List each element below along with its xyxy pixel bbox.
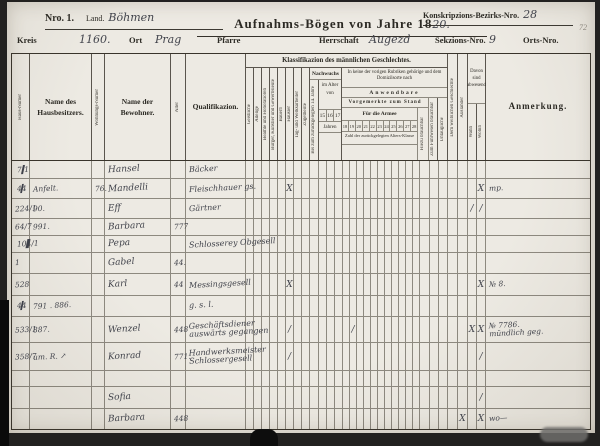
cell-under-14	[310, 409, 319, 429]
tally-mark: /	[286, 325, 293, 335]
cell-transport	[430, 387, 439, 408]
cell-under-14	[310, 253, 319, 273]
handwritten-entry: Gabel	[108, 257, 135, 268]
handwritten-entry: Konrad	[108, 350, 142, 362]
cell-army-24	[385, 387, 392, 408]
cell-army-28	[413, 371, 420, 386]
table-row: 528Karl44MessingsgesellXX№ 8.	[12, 274, 590, 296]
cell-class-burghers	[270, 253, 278, 273]
cell-army-27	[406, 161, 413, 178]
cell-female	[448, 317, 458, 342]
cell-class-officials	[262, 387, 270, 408]
col-header-age: Alter	[171, 54, 186, 160]
cell-army-20	[357, 253, 364, 273]
cell-army-22	[371, 219, 378, 235]
cell-age	[171, 161, 186, 178]
cell-foreigners	[458, 199, 468, 218]
offspring-title: Nachwuchs	[310, 68, 341, 80]
cell-under-14	[310, 236, 319, 252]
cell-class-cottagers	[286, 387, 294, 408]
cell-army-28	[413, 317, 420, 342]
cell-army-20	[357, 409, 364, 429]
classification-title: Klassifikazion des männlichen Geschlecht…	[246, 54, 447, 68]
cell-class-cottagers	[286, 409, 294, 429]
cell-army-18	[343, 236, 350, 252]
age-16: 16	[327, 110, 335, 121]
cell-army-19	[350, 161, 357, 178]
cell-army-20	[357, 161, 364, 178]
handwritten-entry: 44.	[174, 258, 186, 268]
cell-dwelling-number	[92, 253, 105, 273]
cell-class-burghers	[270, 179, 278, 198]
cell-class-burghers	[270, 371, 278, 386]
cell-under-14	[310, 199, 319, 218]
cell-age-17	[335, 179, 343, 198]
table-row: 533/1887.Wenzel448Geschäftsdienerauswärt…	[12, 317, 590, 343]
cell-remark	[486, 296, 590, 316]
cell-female	[448, 371, 458, 386]
cell-class-nobles	[254, 274, 262, 295]
earmarked-label: Vorgemerkte zum Stand	[342, 98, 428, 108]
orts-label: Orts-Nro.	[523, 35, 559, 45]
cell-army-26	[399, 387, 406, 408]
cell-class-assigned	[302, 236, 310, 252]
cell-age-16	[327, 317, 335, 342]
col-header-absent-where: Wohin	[477, 104, 485, 160]
cell-transport	[430, 179, 439, 198]
cell-army-24	[385, 409, 392, 429]
cell-dwelling-number	[92, 387, 105, 408]
cell-army-23	[378, 236, 385, 252]
cell-under-14	[310, 296, 319, 316]
cell-age-17	[335, 219, 343, 235]
eligibility-description: In keine der vorigen Rubriken gehörige u…	[342, 68, 447, 88]
cell-absent-when	[468, 253, 477, 273]
cell-unfit	[439, 409, 448, 429]
cell-army-25	[392, 199, 399, 218]
cell-foreigners	[458, 274, 468, 295]
cell-qualification: HandwerksmeisterSchlossergesell	[186, 343, 246, 370]
cell-army-20	[357, 296, 364, 316]
cell-army-18	[343, 253, 350, 273]
cell-age-17	[335, 387, 343, 408]
tally-mark: /	[477, 352, 485, 362]
army-age-24: 24	[384, 121, 391, 131]
cell-army-28	[413, 253, 420, 273]
cell-age-15	[319, 161, 327, 178]
tally-mark: X	[468, 325, 476, 335]
cell-absent-when	[468, 387, 477, 408]
cell-dwelling-number	[92, 236, 105, 252]
cell-army-23	[378, 387, 385, 408]
cell-class-nobles	[254, 371, 262, 386]
cell-class-assigned	[302, 296, 310, 316]
cell-army-22	[371, 317, 378, 342]
cell-unfit	[439, 343, 448, 370]
kreis-value-handwritten: 1160.	[79, 33, 111, 46]
cell-dwelling-number	[92, 371, 105, 386]
cell-dwelling-number	[92, 219, 105, 235]
age-17: 17	[334, 110, 341, 121]
cell-age-17	[335, 296, 343, 316]
classification-group: Klassifikazion des männlichen Geschlecht…	[246, 54, 448, 160]
absent-group: Davon sind abwesend Wann Wohin	[468, 54, 486, 160]
cell-class-burghers	[270, 343, 278, 370]
cell-unfit	[439, 219, 448, 235]
cell-army-24	[385, 371, 392, 386]
cell-owner-name	[30, 253, 92, 273]
cell-class-officials	[262, 296, 270, 316]
cell-army-24	[385, 161, 392, 178]
cell-qualification	[186, 409, 246, 429]
cell-army-18	[343, 199, 350, 218]
cell-army-23	[378, 199, 385, 218]
tally-mark: /	[286, 352, 293, 362]
cell-under-14	[310, 343, 319, 370]
cell-army-24	[385, 199, 392, 218]
cell-age-15	[319, 296, 327, 316]
cell-house-number: 44	[12, 179, 30, 198]
cell-class-laborers	[294, 219, 302, 235]
cell-class-cottagers	[286, 253, 294, 273]
cell-age-17	[335, 371, 343, 386]
cell-transport	[430, 296, 439, 316]
cell-class-burghers	[270, 317, 278, 342]
cell-class-nobles	[254, 161, 262, 178]
cell-age-16	[327, 236, 335, 252]
cell-female	[448, 161, 458, 178]
handwritten-entry: № 7786.mündlich geg.	[489, 319, 544, 338]
cell-age-17	[335, 236, 343, 252]
cell-under-14	[310, 179, 319, 198]
handwritten-entry: Gärtner	[189, 203, 221, 213]
cell-class-burghers	[270, 387, 278, 408]
cell-army-25	[392, 236, 399, 252]
cell-class-cottagers: /	[286, 343, 294, 370]
cell-class-laborers	[294, 274, 302, 295]
cell-class-cottagers	[286, 296, 294, 316]
cell-resident-name: Wenzel	[105, 317, 171, 342]
cell-resident-name: Barbara	[105, 219, 171, 235]
ort-value-handwritten: Prag	[155, 33, 181, 46]
cell-dwelling-number: 76.	[92, 179, 105, 198]
tally-mark: X	[477, 184, 485, 194]
cell-army-22	[371, 343, 378, 370]
cell-army-22	[371, 371, 378, 386]
cell-age-15	[319, 253, 327, 273]
cell-usable	[420, 179, 430, 198]
cell-class-peasants	[278, 219, 286, 235]
handwritten-entry: 791 . 886.	[33, 300, 72, 311]
cell-transport	[430, 161, 439, 178]
cell-absent-when	[468, 409, 477, 429]
cell-house-number: 358/7	[12, 343, 30, 370]
cell-foreigners	[458, 296, 468, 316]
cell-absent-when: /	[468, 199, 477, 218]
cell-class-clergy	[246, 161, 254, 178]
cell-age-17	[335, 343, 343, 370]
cell-female	[448, 253, 458, 273]
cell-army-21	[364, 387, 371, 408]
cell-absent-when	[468, 274, 477, 295]
cell-army-26	[399, 236, 406, 252]
cell-under-14	[310, 371, 319, 386]
cell-army-20	[357, 343, 364, 370]
cell-house-number	[12, 387, 30, 408]
cell-army-27	[406, 219, 413, 235]
sektion-label: Sekzions-Nro.	[435, 35, 486, 45]
cell-transport	[430, 409, 439, 429]
cell-army-28	[413, 409, 420, 429]
col-header-class-cottagers: Häusler	[286, 68, 294, 160]
cell-army-18	[343, 274, 350, 295]
cell-class-burghers	[270, 296, 278, 316]
cell-army-24	[385, 317, 392, 342]
cell-class-burghers	[270, 274, 278, 295]
handwritten-entry: Mandelli	[108, 182, 149, 194]
cell-class-peasants	[278, 236, 286, 252]
cell-army-26	[399, 296, 406, 316]
table-row: Sofia/	[12, 387, 590, 409]
army-age-25: 25	[390, 121, 397, 131]
cell-army-23	[378, 179, 385, 198]
cell-qualification: Bäcker	[186, 161, 246, 178]
cell-army-26	[399, 343, 406, 370]
col-header-qualification: Qualifikazion.	[186, 54, 246, 160]
cell-unfit	[439, 179, 448, 198]
cell-army-27	[406, 343, 413, 370]
tally-mark: /	[477, 204, 485, 214]
cell-remark	[486, 343, 590, 370]
cell-army-26	[399, 179, 406, 198]
cell-army-27	[406, 371, 413, 386]
tally-mark: X	[477, 325, 485, 335]
cell-absent-when	[468, 296, 477, 316]
cell-qualification: Schlosserey Obgesell	[186, 236, 246, 252]
table-row: 44791 . 886.g. s. l.	[12, 296, 590, 317]
cell-army-24	[385, 236, 392, 252]
army-age-23: 23	[377, 121, 384, 131]
cell-transport	[430, 371, 439, 386]
cell-class-officials	[262, 179, 270, 198]
cell-class-assigned	[302, 179, 310, 198]
cell-absent-when	[468, 161, 477, 178]
cell-remark	[486, 371, 590, 386]
cell-army-26	[399, 219, 406, 235]
col-header-class-nobles: Adelige	[254, 68, 262, 160]
cell-class-officials	[262, 219, 270, 235]
cell-absent-where: /	[477, 343, 486, 370]
cell-dwelling-number	[92, 343, 105, 370]
form-title: Aufnahms-Bögen von Jahre 1820.	[197, 15, 487, 37]
col-header-class-peasants: Bauern	[278, 68, 286, 160]
col-header-class-laborers: Tag- und Werksarbeiter	[294, 68, 302, 160]
cell-foreigners	[458, 387, 468, 408]
cell-female	[448, 296, 458, 316]
cell-absent-where	[477, 371, 486, 386]
cell-army-24	[385, 253, 392, 273]
handwritten-entry: Hansel	[108, 163, 140, 175]
cell-army-26	[399, 409, 406, 429]
cell-absent-where: X	[477, 317, 486, 342]
cell-class-burghers	[270, 219, 278, 235]
cell-remark	[486, 387, 590, 408]
house-number-handwritten: 7/1	[15, 164, 32, 174]
cell-army-18	[343, 317, 350, 342]
cell-age-17	[335, 161, 343, 178]
cell-class-cottagers: /	[286, 317, 294, 342]
cell-army-23	[378, 274, 385, 295]
handwritten-entry: 991.	[33, 222, 50, 232]
cell-qualification	[186, 371, 246, 386]
cell-army-19	[350, 199, 357, 218]
cell-army-24	[385, 343, 392, 370]
cell-class-officials	[262, 253, 270, 273]
cell-age-16	[327, 409, 335, 429]
col-header-class-officials: Beamte und Honoratioren	[262, 68, 270, 160]
col-header-class-assigned: Zugetheilte	[302, 68, 310, 160]
col-header-under-14: Bis zum zurückgelegten 14. Jahre	[310, 80, 319, 160]
cell-absent-when	[468, 371, 477, 386]
cell-age-16	[327, 371, 335, 386]
handwritten-entry: 76.	[95, 183, 107, 193]
cell-class-peasants	[278, 199, 286, 218]
cell-army-20	[357, 274, 364, 295]
age-15: 15	[319, 110, 327, 121]
cell-army-27	[406, 253, 413, 273]
cell-transport	[430, 199, 439, 218]
army-age-26: 26	[397, 121, 404, 131]
cell-female	[448, 343, 458, 370]
cell-unfit	[439, 317, 448, 342]
cell-class-laborers	[294, 343, 302, 370]
cell-army-22	[371, 199, 378, 218]
cell-army-27	[406, 387, 413, 408]
cell-age	[171, 236, 186, 252]
cell-absent-when: X	[468, 317, 477, 342]
cell-class-peasants	[278, 371, 286, 386]
cell-usable	[420, 253, 430, 273]
cell-female	[448, 387, 458, 408]
cell-usable	[420, 317, 430, 342]
cell-age	[171, 387, 186, 408]
cell-absent-when	[468, 179, 477, 198]
cell-class-cottagers	[286, 219, 294, 235]
cell-class-assigned	[302, 219, 310, 235]
form-title-year-handwritten: 20.	[432, 18, 450, 31]
cell-army-28	[413, 199, 420, 218]
cell-army-21	[364, 409, 371, 429]
cell-absent-when	[468, 219, 477, 235]
cell-class-officials	[262, 199, 270, 218]
cell-army-18	[343, 161, 350, 178]
cell-army-22	[371, 161, 378, 178]
cell-class-nobles	[254, 219, 262, 235]
cell-army-24	[385, 219, 392, 235]
cell-army-21	[364, 219, 371, 235]
cell-class-laborers	[294, 236, 302, 252]
cell-army-23	[378, 317, 385, 342]
cell-owner-name	[30, 409, 92, 429]
cell-age-17	[335, 409, 343, 429]
cell-class-cottagers: X	[286, 274, 294, 295]
cell-usable	[420, 296, 430, 316]
cell-class-clergy	[246, 387, 254, 408]
cell-owner-name: um. R. ↗	[30, 343, 92, 370]
army-age-22: 22	[370, 121, 377, 131]
cell-absent-where: X	[477, 409, 486, 429]
cell-army-21	[364, 317, 371, 342]
house-number-handwritten: 528	[15, 279, 30, 289]
herrschaft-value-handwritten: Augezd	[369, 33, 410, 46]
cell-army-21	[364, 179, 371, 198]
cell-army-18	[343, 409, 350, 429]
col-header-foreigners: Ausländer	[458, 54, 468, 160]
cell-army-21	[364, 236, 371, 252]
cell-absent-where: X	[477, 274, 486, 295]
cell-army-25	[392, 343, 399, 370]
army-age-21: 21	[363, 121, 370, 131]
cell-class-officials	[262, 371, 270, 386]
cell-army-24	[385, 274, 392, 295]
conscription-table: Haus-Numer Name des Hausbesitzers. Wohnu…	[11, 53, 591, 430]
cell-army-20	[357, 179, 364, 198]
land-label: Land.	[86, 14, 104, 23]
cell-class-laborers	[294, 199, 302, 218]
form-title-text: Aufnahms-Bögen von Jahre 18	[234, 16, 432, 31]
cell-transport	[430, 236, 439, 252]
district-value-handwritten: 28	[523, 8, 537, 21]
cell-house-number: 7/1	[12, 161, 30, 178]
cell-age-16	[327, 179, 335, 198]
house-number-handwritten: 64/7	[15, 222, 32, 232]
cell-class-laborers	[294, 317, 302, 342]
cell-resident-name: Karl	[105, 274, 171, 295]
age-class-label: Zahl der zurückgelegten Alters-Klasse	[342, 132, 417, 145]
cell-resident-name: Gabel	[105, 253, 171, 273]
cell-resident-name: Pepa	[105, 236, 171, 252]
cell-absent-where	[477, 219, 486, 235]
cell-foreigners	[458, 371, 468, 386]
cell-female	[448, 199, 458, 218]
cell-army-19	[350, 274, 357, 295]
cell-unfit	[439, 371, 448, 386]
col-header-dwelling-number: Wohnungs-Numer	[92, 54, 105, 160]
cell-army-25	[392, 387, 399, 408]
army-age-18: 18	[342, 121, 349, 131]
cell-army-18	[343, 296, 350, 316]
cell-army-28	[413, 274, 420, 295]
cell-class-laborers	[294, 253, 302, 273]
handwritten-entry: Anfelt.	[33, 183, 59, 193]
cell-army-19	[350, 409, 357, 429]
cell-army-23	[378, 219, 385, 235]
cell-army-23	[378, 409, 385, 429]
col-header-absent-when: Wann	[468, 104, 477, 160]
scan-artifact-smudge	[540, 427, 588, 442]
cell-absent-where	[477, 236, 486, 252]
cell-dwelling-number	[92, 199, 105, 218]
handwritten-entry: 44	[174, 279, 184, 288]
cell-owner-name: 791 . 886.	[30, 296, 92, 316]
col-header-class-clergy: Geistliche	[246, 68, 254, 160]
pfarre-label: Pfarre	[217, 35, 240, 45]
cell-resident-name: Hansel	[105, 161, 171, 178]
handwritten-entry: 90.	[33, 203, 45, 213]
handwritten-entry: Barbara	[108, 413, 146, 425]
cell-absent-where	[477, 296, 486, 316]
cell-army-26	[399, 253, 406, 273]
